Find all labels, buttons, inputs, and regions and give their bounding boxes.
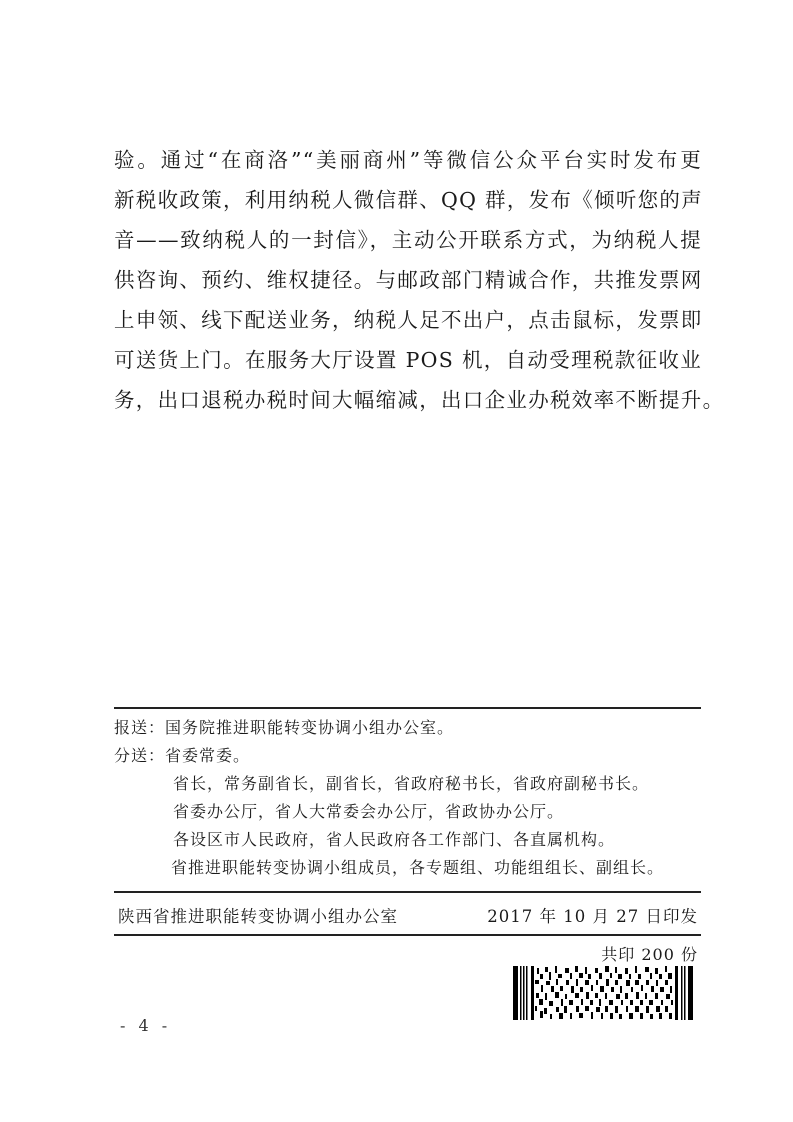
copy-to-row: 各设区市人民政府，省人民政府各工作部门、各直属机构。 — [114, 826, 704, 854]
report-to-label: 报送： — [114, 718, 165, 737]
issuer-bottom-rule — [114, 934, 701, 936]
page-number: - 4 - — [120, 1016, 171, 1035]
pdf417-barcode-icon — [513, 966, 693, 1020]
issuer-name: 陕西省推进职能转变协调小组办公室 — [118, 902, 398, 932]
issuer-row: 陕西省推进职能转变协调小组办公室 2017 年 10 月 27 日印发 — [118, 902, 698, 932]
document-page: 验。通过“在商洛”“美丽商州”等微信公众平台实时发布更 新税收政策，利用纳税人微… — [0, 0, 793, 1122]
copy-to-row: 分送：省委常委。 — [114, 742, 704, 770]
copies-count: 共印 200 份 — [560, 942, 698, 965]
issuer-top-rule — [114, 891, 701, 893]
body-line: 上申领、线下配送业务，纳税人足不出户，点击鼠标，发票即 — [114, 300, 702, 340]
body-line: 验。通过“在商洛”“美丽商州”等微信公众平台实时发布更 — [114, 140, 702, 180]
copy-to-row: 省推进职能转变协调小组成员，各专题组、功能组组长、副组长。 — [114, 854, 704, 882]
body-paragraph: 验。通过“在商洛”“美丽商州”等微信公众平台实时发布更 新税收政策，利用纳税人微… — [114, 140, 702, 420]
body-line: 供咨询、预约、维权捷径。与邮政部门精诚合作，共推发票网 — [114, 260, 702, 300]
report-to-value: 国务院推进职能转变协调小组办公室。 — [165, 718, 454, 737]
copy-to-row: 省委办公厅，省人大常委会办公厅，省政协办公厅。 — [114, 798, 704, 826]
copy-to-value: 省委常委。 — [165, 746, 250, 765]
body-line: 音——致纳税人的一封信》，主动公开联系方式，为纳税人提 — [114, 220, 702, 260]
body-line: 新税收政策，利用纳税人微信群、QQ 群，发布《倾听您的声 — [114, 180, 702, 220]
distribution-list: 报送：国务院推进职能转变协调小组办公室。 分送：省委常委。 省长，常务副省长，副… — [114, 714, 704, 882]
body-line: 可送货上门。在服务大厅设置 POS 机，自动受理税款征收业 — [114, 340, 702, 380]
distribution-top-rule — [114, 707, 701, 709]
body-line: 务，出口退税办税时间大幅缩减，出口企业办税效率不断提升。 — [114, 380, 702, 420]
copy-to-label: 分送： — [114, 746, 165, 765]
issue-date: 2017 年 10 月 27 日印发 — [487, 902, 698, 932]
copy-to-row: 省长，常务副省长，副省长，省政府秘书长，省政府副秘书长。 — [114, 770, 704, 798]
report-to-row: 报送：国务院推进职能转变协调小组办公室。 — [114, 714, 704, 742]
